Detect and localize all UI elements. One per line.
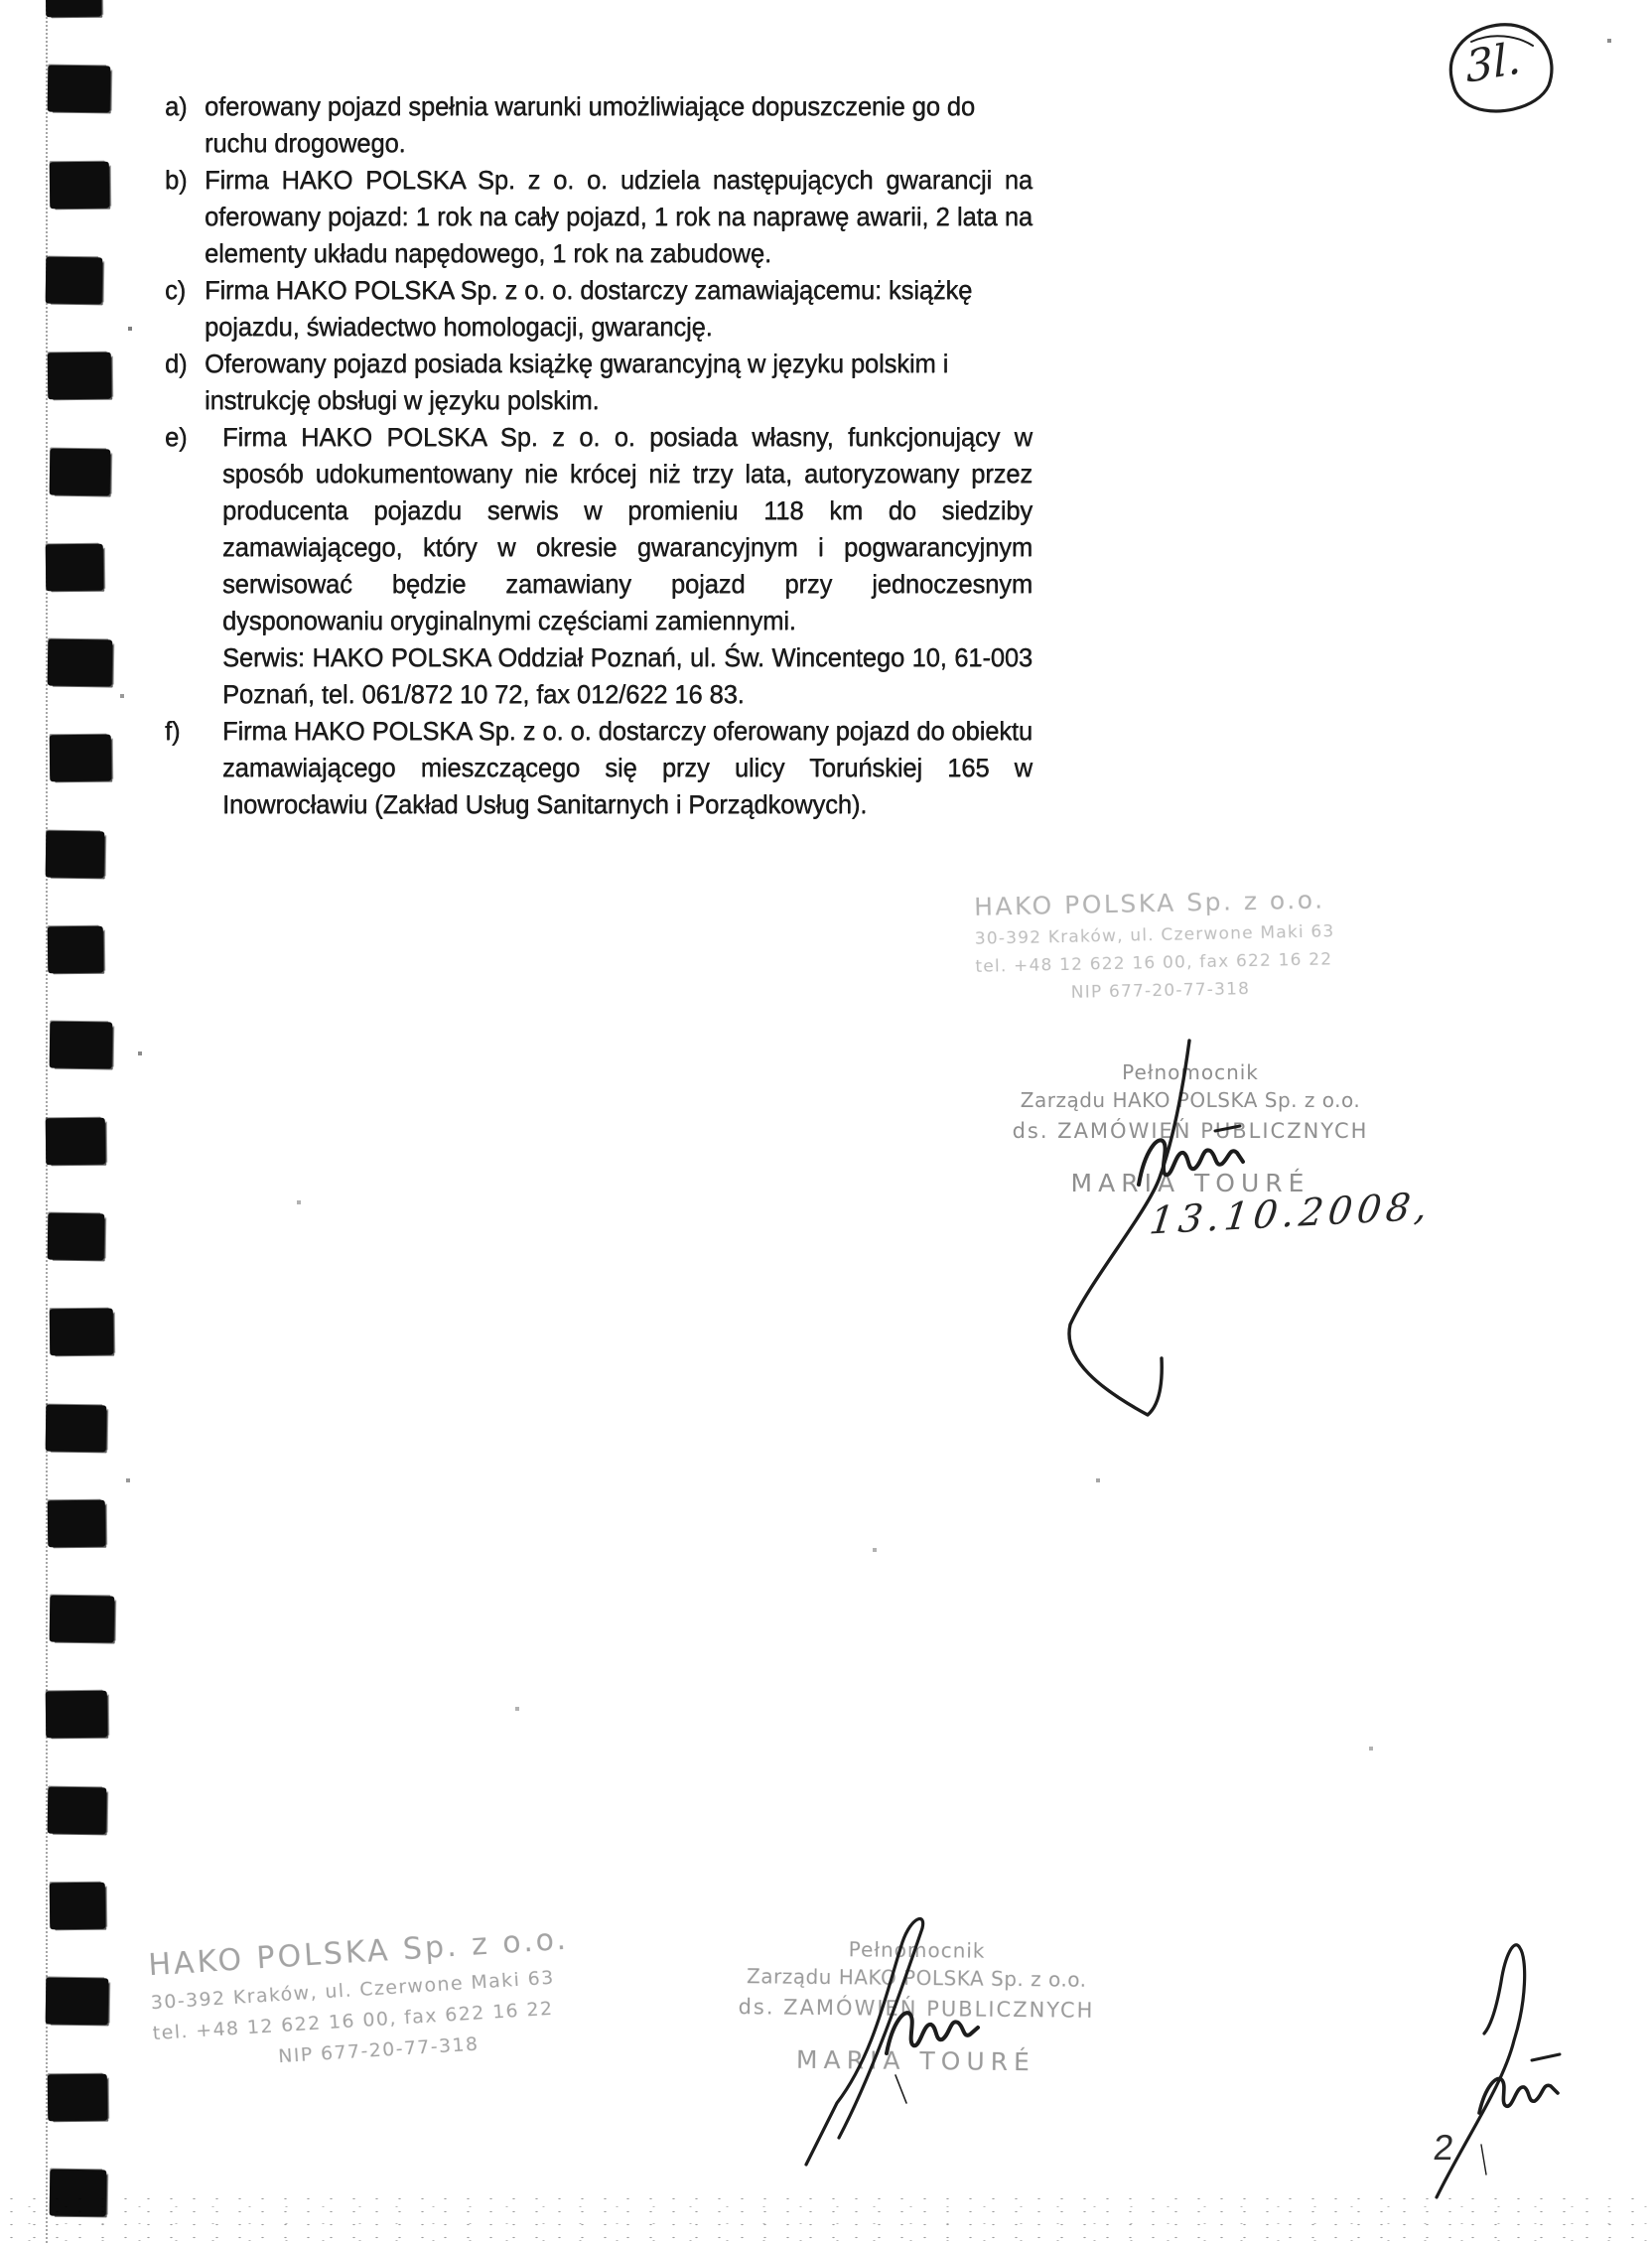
scan-speckles (0, 0, 2, 2)
item-label: b) (165, 163, 187, 200)
binding-hole-mark (48, 926, 103, 974)
binding-hole-mark (46, 256, 103, 304)
item-label: c) (165, 273, 186, 310)
list-item-e: e) Firma HAKO POLSKA Sp. z o. o. posiada… (165, 420, 1032, 714)
binding-hole-mark (48, 352, 111, 400)
stamp-company-phone: tel. +48 12 622 16 00, fax 622 16 22 (975, 949, 1344, 977)
company-stamp-faint: HAKO POLSKA Sp. z o.o. 30-392 Kraków, ul… (974, 885, 1345, 1005)
binding-hole-mark (46, 1117, 105, 1165)
binding-hole-mark (46, 1978, 109, 2026)
list-item-c: c) Firma HAKO POLSKA Sp. z o. o. dostarc… (165, 273, 1032, 347)
binding-hole-mark (50, 1883, 105, 1930)
item-text: Firma HAKO POLSKA Sp. z o. o. posiada wł… (222, 420, 1032, 640)
item-text: Firma HAKO POLSKA Sp. z o. o. udziela na… (205, 163, 1032, 273)
item-text: Oferowany pojazd posiada książkę gwaranc… (205, 347, 1032, 420)
binding-hole-mark (50, 1596, 115, 1643)
circled-note-text: 3l. (1464, 33, 1523, 93)
binding-hole-mark (46, 830, 105, 878)
binding-hole-mark (48, 66, 111, 113)
binding-hole-mark (48, 639, 113, 687)
binding-hole-mark (50, 1309, 113, 1356)
binding-hole-mark (48, 1786, 107, 1834)
item-label: e) (165, 420, 187, 457)
binding-hole-mark (46, 0, 101, 17)
service-note-text: Serwis: HAKO POLSKA Oddział Poznań, ul. … (222, 640, 1032, 714)
binding-hole-mark (50, 161, 109, 209)
item-text: Firma HAKO POLSKA Sp. z o. o. dostarczy … (222, 714, 1032, 824)
binding-hole-mark (50, 1022, 113, 1069)
item-text: oferowany pojazd spełnia warunki umożliw… (205, 89, 1032, 163)
handwritten-page-circle: 3l. (1438, 16, 1565, 119)
binding-hole-mark (50, 735, 111, 782)
stamp-company-name: HAKO POLSKA Sp. z o.o. (974, 885, 1344, 921)
conditions-list: a) oferowany pojazd spełnia warunki umoż… (165, 89, 1032, 824)
scan-noise-band (0, 2190, 1652, 2243)
binding-hole-mark (46, 1691, 107, 1739)
item-label: d) (165, 347, 187, 383)
scanned-document-page: 3l. a) oferowany pojazd spełnia warunki … (0, 0, 1652, 2243)
binding-hole-mark (50, 448, 111, 495)
list-item-d: d) Oferowany pojazd posiada książkę gwar… (165, 347, 1032, 420)
signature-ink-middle (1032, 1031, 1340, 1433)
stamp-company-nip: NIP 677-20-77-318 (976, 977, 1345, 1005)
signature-ink-bottom-middle (784, 1904, 993, 2202)
list-item-a: a) oferowany pojazd spełnia warunki umoż… (165, 89, 1032, 163)
stamp-company-address: 30-392 Kraków, ul. Czerwone Maki 63 (975, 921, 1344, 949)
binding-hole-mark (48, 1499, 105, 1547)
binding-hole-mark (48, 1212, 105, 1260)
signature-ink-bottom-right (1418, 1924, 1586, 2212)
item-label: f) (165, 714, 180, 751)
list-item-b: b) Firma HAKO POLSKA Sp. z o. o. udziela… (165, 163, 1032, 273)
company-stamp-bottom-left: HAKO POLSKA Sp. z o.o. 30-392 Kraków, ul… (147, 1920, 603, 2075)
binding-hole-mark (48, 2073, 107, 2121)
binding-hole-mark (46, 1404, 107, 1452)
item-text: Firma HAKO POLSKA Sp. z o. o. dostarczy … (205, 273, 1032, 347)
binding-hole-mark (46, 544, 103, 592)
item-label: a) (165, 89, 187, 126)
list-item-f: f) Firma HAKO POLSKA Sp. z o. o. dostarc… (165, 714, 1032, 824)
